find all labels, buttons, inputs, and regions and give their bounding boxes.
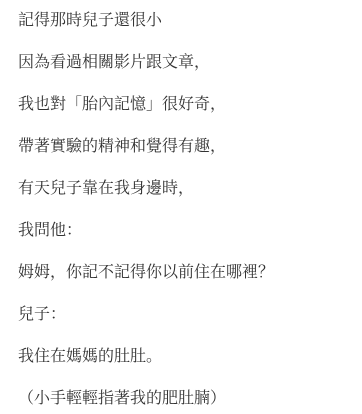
- text-line: 我也對「胎內記憶」很好奇，: [18, 96, 354, 113]
- post-text-body: 記得那時兒子還很小 因為看過相關影片跟文章， 我也對「胎內記憶」很好奇， 帶著實…: [0, 0, 362, 407]
- text-line: 帶著實驗的精神和覺得有趣，: [18, 138, 354, 155]
- text-line: （小手輕輕指著我的肥肚腩）: [18, 390, 354, 407]
- text-line: 記得那時兒子還很小: [18, 12, 354, 29]
- text-line: 姆姆，你記不記得你以前住在哪裡？: [18, 264, 354, 281]
- text-line: 因為看過相關影片跟文章，: [18, 54, 354, 71]
- text-line: 我問他：: [18, 222, 354, 239]
- text-line: 我住在媽媽的肚肚。: [18, 348, 354, 365]
- text-line: 兒子：: [18, 306, 354, 323]
- text-line: 有天兒子靠在我身邊時，: [18, 180, 354, 197]
